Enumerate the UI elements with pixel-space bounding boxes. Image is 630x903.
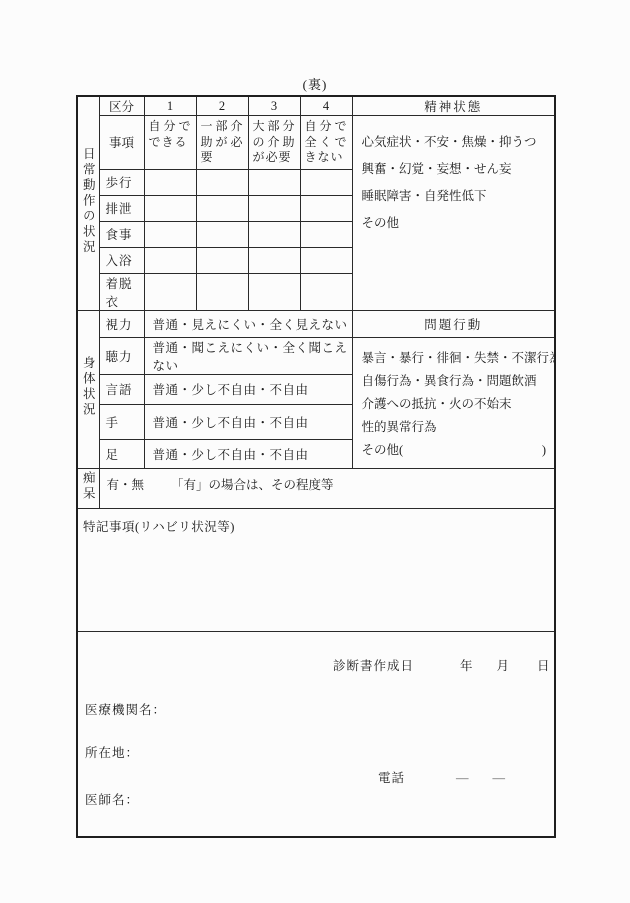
body-row-label-hands: 手 [99,404,144,439]
dementia-note: 「有」の場合は、その程度等 [171,478,334,492]
page-side-label: (裏) [76,74,554,93]
year-label: 年 [460,659,474,673]
body-row-options-speech[interactable]: 普通・少し不自由・不自由 [144,374,352,404]
phone-label: 電話 [378,771,405,785]
daily-row-label-bathing: 入浴 [99,247,144,273]
level-desc-2: 一部介助が必要 [196,116,248,170]
problem-item[interactable]: 暴言・暴行・徘徊・失禁・不潔行為 [362,347,549,370]
level-col-2: 2 [196,96,248,116]
daily-grid-cell[interactable] [300,273,352,310]
day-label: 日 [537,659,551,673]
month-label: 月 [497,659,511,673]
daily-grid-cell[interactable] [196,273,248,310]
daily-grid-cell[interactable] [196,221,248,247]
daily-row-label-eating: 食事 [99,221,144,247]
mental-item[interactable]: 興奮・幻覚・妄想・せん妄 [362,156,547,183]
level-col-4: 4 [300,96,352,116]
problem-behavior-header: 問題行動 [352,310,555,337]
address-label: 所在地： [85,746,139,760]
dementia-content-cell[interactable]: 有・無「有」の場合は、その程度等 [99,468,555,508]
remarks-label: 特記事項(リハビリ状況等) [83,520,235,534]
kubun-header: 区分 [99,96,144,116]
body-section-label: 身体状況 [78,356,98,418]
body-row-options-hearing[interactable]: 普通・聞こえにくい・全く聞こえない [144,337,352,374]
mental-item[interactable]: その他 [362,210,547,237]
problem-other-prefix: その他( [362,439,404,462]
daily-grid-cell[interactable] [144,195,196,221]
level-desc-3: 大部分の介助が必要 [248,116,300,170]
daily-row-label-dressing: 着脱衣 [99,273,144,310]
doctor-name-field[interactable]: 医師名： [85,790,139,808]
assessment-table: 日常動作の状況 区分 1 2 3 4 精神状態 事項 自分でできる 一部介助が必… [76,95,556,838]
daily-grid-cell[interactable] [196,169,248,195]
level-col-3: 3 [248,96,300,116]
daily-grid-cell[interactable] [248,273,300,310]
daily-grid-cell[interactable] [144,273,196,310]
dementia-section-cell: 痴呆 [77,468,99,508]
level-col-1: 1 [144,96,196,116]
doctor-name-label: 医師名： [85,793,139,807]
body-row-label-hearing: 聴力 [99,337,144,374]
dementia-section-label: 痴呆 [78,471,98,502]
institution-name-label: 医療機関名： [85,703,166,717]
daily-grid-cell[interactable] [248,195,300,221]
footer-block: 診断書作成日年月日 医療機関名： 所在地： 電話―― 医師名： [78,632,554,836]
certificate-date-line[interactable]: 診断書作成日年月日 [333,656,551,674]
mental-state-list: 心気症状・不安・焦燥・抑うつ 興奮・幻覚・妄想・せん妄 睡眠障害・自発性低下 そ… [352,116,555,311]
remarks-cell[interactable]: 特記事項(リハビリ状況等) [77,508,555,631]
problem-other-suffix: ) [542,439,546,462]
daily-section-label: 日常動作の状況 [78,147,98,256]
dementia-presence-choice[interactable]: 有・無 [107,478,145,492]
certificate-date-label: 診断書作成日 [333,659,414,673]
daily-grid-cell[interactable] [144,169,196,195]
daily-grid-cell[interactable] [196,247,248,273]
daily-grid-cell[interactable] [300,221,352,247]
daily-grid-cell[interactable] [300,169,352,195]
problem-item[interactable]: 性的異常行為 [362,416,549,439]
body-row-options-hands[interactable]: 普通・少し不自由・不自由 [144,404,352,439]
body-row-options-feet[interactable]: 普通・少し不自由・不自由 [144,439,352,468]
body-row-label-speech: 言語 [99,374,144,404]
phone-dash: ― [456,771,470,785]
daily-grid-cell[interactable] [248,221,300,247]
daily-row-label-walking: 歩行 [99,169,144,195]
daily-grid-cell[interactable] [300,247,352,273]
daily-section-cell: 日常動作の状況 [77,96,99,310]
mental-item[interactable]: 心気症状・不安・焦燥・抑うつ [362,129,547,156]
problem-item[interactable]: 自傷行為・異食行為・問題飲酒 [362,370,549,393]
daily-row-label-excretion: 排泄 [99,195,144,221]
level-desc-1: 自分でできる [144,116,196,170]
level-desc-4: 自分で全くできない [300,116,352,170]
mental-state-header: 精神状態 [352,96,555,116]
address-field[interactable]: 所在地： [85,743,139,761]
problem-item[interactable]: 介護への抵抗・火の不始末 [362,393,549,416]
form-back-sheet: (裏) 日常動作の状況 区分 1 2 3 4 精神状態 事項 自分でできる 一部… [0,0,630,903]
body-section-cell: 身体状況 [77,310,99,468]
daily-grid-cell[interactable] [144,221,196,247]
phone-dash: ― [493,771,507,785]
daily-grid-cell[interactable] [248,169,300,195]
mental-item[interactable]: 睡眠障害・自発性低下 [362,183,547,210]
body-row-label-vision: 視力 [99,310,144,337]
footer-cell: 診断書作成日年月日 医療機関名： 所在地： 電話―― 医師名： [77,631,555,837]
problem-behavior-list: 暴言・暴行・徘徊・失禁・不潔行為 自傷行為・異食行為・問題飲酒 介護への抵抗・火… [352,337,555,468]
body-row-label-feet: 足 [99,439,144,468]
institution-name-field[interactable]: 医療機関名： [85,700,166,718]
daily-grid-cell[interactable] [300,195,352,221]
phone-field[interactable]: 電話―― [378,768,506,786]
daily-grid-cell[interactable] [144,247,196,273]
daily-grid-cell[interactable] [248,247,300,273]
problem-item-other[interactable]: その他( ) [362,439,549,462]
body-row-options-vision[interactable]: 普通・見えにくい・全く見えない [144,310,352,337]
item-header: 事項 [99,116,144,170]
daily-grid-cell[interactable] [196,195,248,221]
